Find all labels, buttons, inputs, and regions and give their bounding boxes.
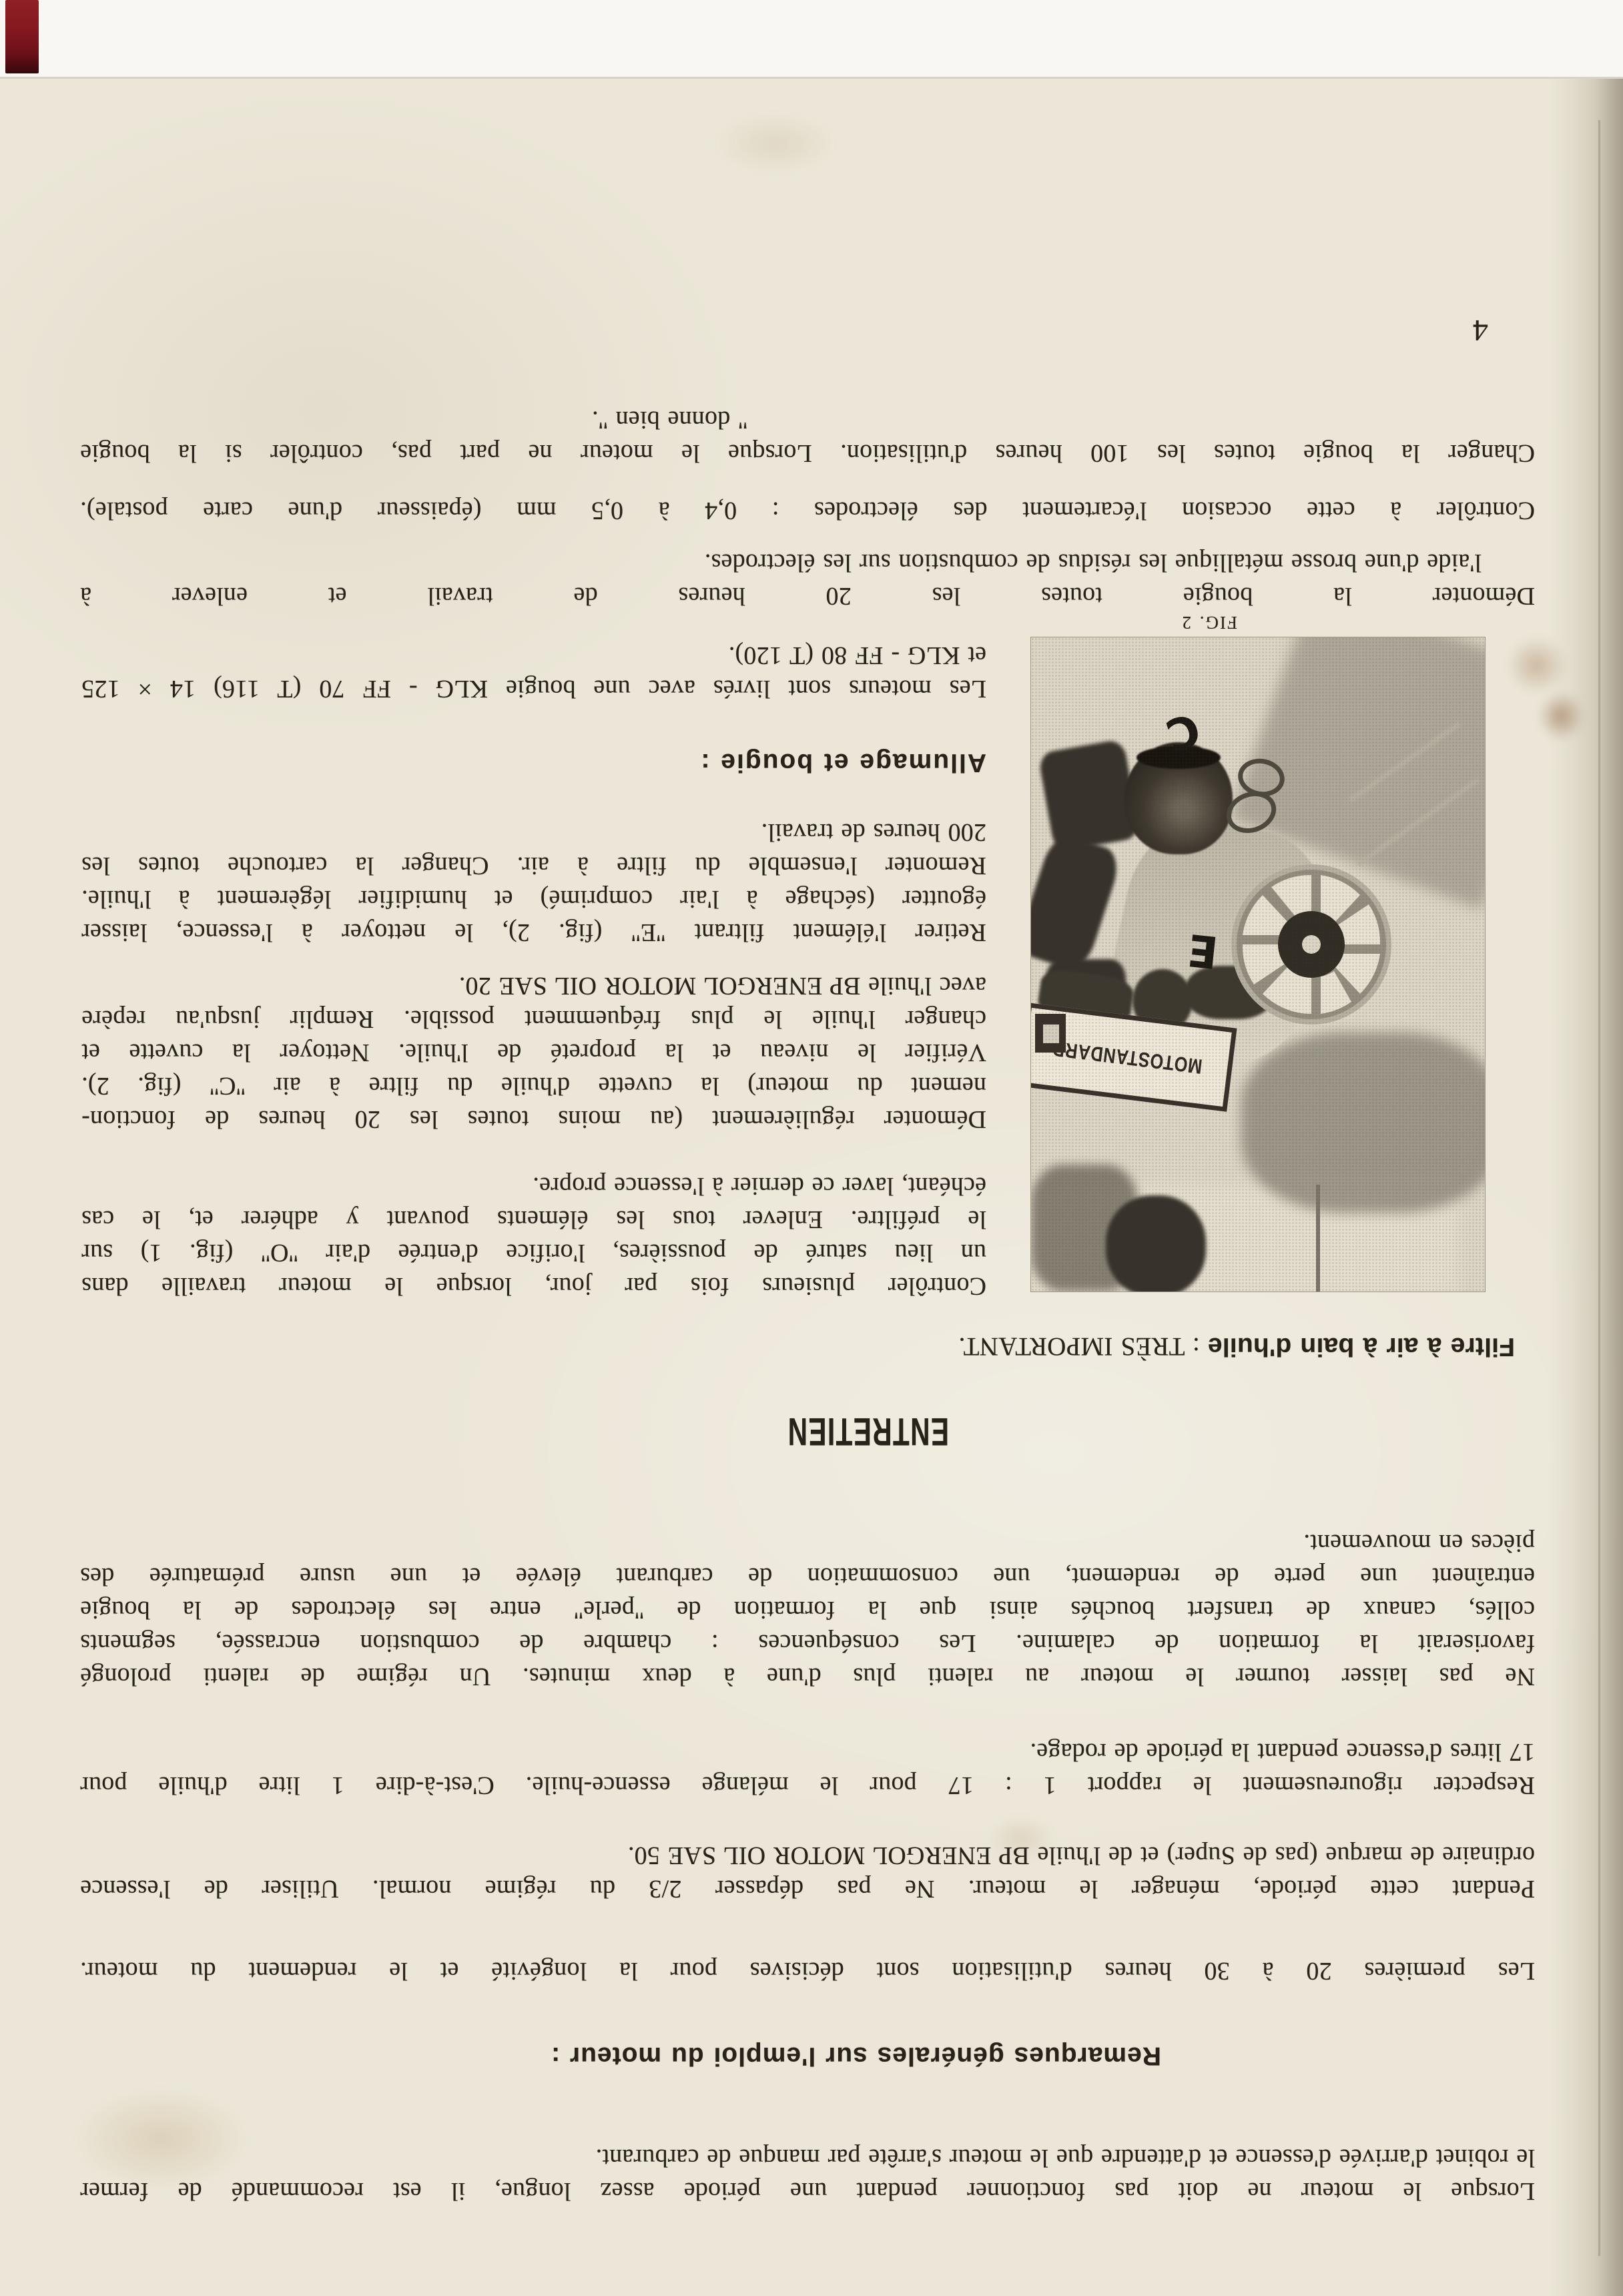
paragraph-controler-plusieurs: Contrôler plusieurs fois par jour, lorsq… <box>81 1169 986 1303</box>
section-title-entretien: ENTRETIEN <box>669 1409 949 1454</box>
paper-stain <box>715 113 836 174</box>
paragraph-changer-bougie: Changer la bougie toutes les 100 heures … <box>80 403 1535 470</box>
figure-caption: FIG. 2 <box>1181 612 1237 633</box>
paragraph-lorsque: Lorsque le moteur ne doit pas fonctionne… <box>80 2141 1535 2208</box>
heading-remarques-generales: Remarques générales sur l'emploi du mote… <box>551 2041 1161 2070</box>
paragraph-retirer-element: Retirer l'élément filtrant ''E'' (fig. 2… <box>81 816 986 949</box>
paragraph-ne-pas-ralenti: Ne pas laisser tourner le moteur au rale… <box>80 1526 1535 1693</box>
paragraph-respecter-rapport: Respecter rigoureusement le rapport 1 : … <box>80 1735 1535 1802</box>
red-binding-mark <box>5 0 39 73</box>
page-crease <box>1598 120 1600 2256</box>
upside-down-page: Lorsque le moteur ne doit pas fonctionne… <box>0 0 1623 2296</box>
paper-sheet: Lorsque le moteur ne doit pas fonctionne… <box>0 79 1623 2296</box>
paper-stain <box>1507 637 1567 694</box>
paragraph-premieres-heures: Les premières 20 à 30 heures d'utilisati… <box>80 1954 1535 1988</box>
paragraph-demonter-regulierement: Démonter régulièrement (au moins toutes … <box>81 969 986 1136</box>
heading-filtre-tres-important: : TRÈS IMPORTANT. <box>958 1332 1207 1361</box>
scanned-document-screenshot: Lorsque le moteur ne doit pas fonctionne… <box>0 0 1623 2296</box>
figure-photo-engine: MOTOSTANDARD <box>1031 637 1485 1291</box>
page-edge-shadow <box>1548 79 1623 2296</box>
paragraph-demonter-bougie: Démonter la bougie toutes les 20 heures … <box>80 546 1535 613</box>
paragraph-pendant-periode: Pendant cette période, ménager le moteur… <box>80 1839 1535 1906</box>
scanner-background-strip <box>0 0 1623 79</box>
paragraph-bougie-klg: Les moteurs sont livrés avec une bougie … <box>81 639 986 705</box>
paper-stain <box>1538 691 1584 741</box>
heading-filtre-a-air: Filtre à air à bain d'huile : TRÈS IMPOR… <box>958 1332 1515 1362</box>
halftone-texture <box>1031 637 1485 1291</box>
page-number: 4 <box>1473 313 1488 348</box>
paragraph-controler-ecartement: Contrôler à cette occasion l'écartement … <box>80 494 1535 527</box>
heading-filtre-bold: Filtre à air à bain d'huile <box>1208 1332 1515 1361</box>
heading-allumage-et-bougie: Allumage et bougie : <box>699 748 986 777</box>
